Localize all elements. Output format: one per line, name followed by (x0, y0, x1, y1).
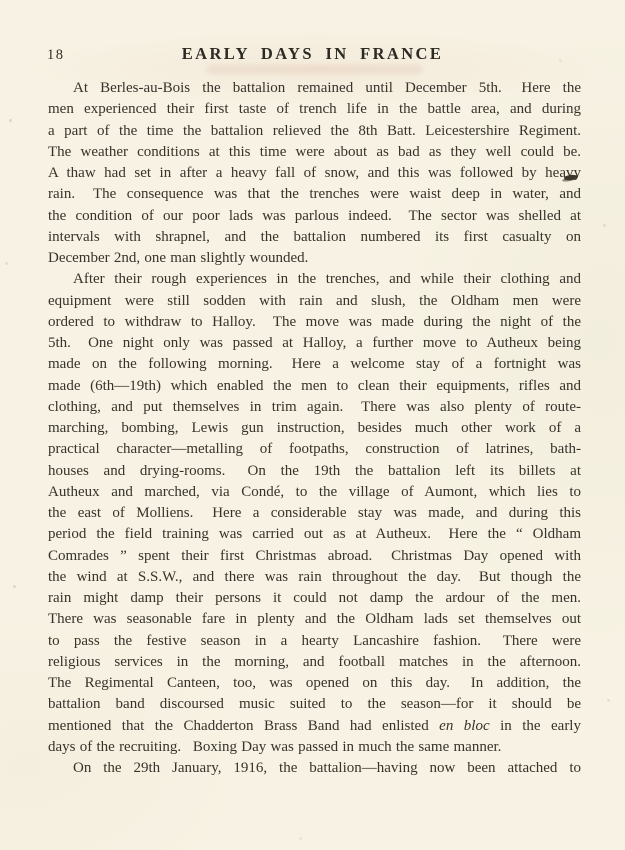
text-segment: marching, bombing, Lewis gun instruction… (48, 420, 581, 436)
text-segment: practical character—metalling of footpat… (48, 441, 581, 457)
text-line: The weather conditions at this time were… (48, 142, 581, 163)
book-page: 18 EARLY DAYS IN FRANCE At Berles-au-Boi… (0, 0, 625, 850)
text-line: intervals with shrapnel, and the battali… (48, 227, 581, 248)
text-segment: the east of Molliens. Here a considerabl… (48, 505, 581, 521)
text-line: the condition of our poor lads was parlo… (48, 206, 581, 227)
text-segment: days of the recruiting. Boxing Day was p… (48, 739, 501, 755)
text-segment: to pass the festive season in a hearty L… (48, 633, 581, 649)
text-line: the east of Molliens. Here a considerabl… (48, 503, 581, 524)
text-segment: religious services in the morning, and f… (48, 654, 581, 670)
text-line: days of the recruiting. Boxing Day was p… (48, 737, 581, 758)
text-line: The Regimental Canteen, too, was opened … (48, 673, 581, 694)
text-line: After their rough experiences in the tre… (48, 269, 581, 290)
page-title: EARLY DAYS IN FRANCE (0, 44, 625, 64)
text-segment: There was seasonable fare in plenty and … (48, 611, 581, 627)
text-line: December 2nd, one man slightly wounded. (48, 248, 581, 269)
text-line: equipment were still sodden with rain an… (48, 291, 581, 312)
text-line: A thaw had set in after a heavy fall of … (48, 163, 581, 184)
text-segment: On the 29th January, 1916, the battalion… (73, 760, 581, 776)
text-line: mentioned that the Chadderton Brass Band… (48, 716, 581, 737)
text-segment: a part of the time the battalion relieve… (48, 123, 581, 139)
text-segment: A thaw had set in after a heavy fall of … (48, 165, 581, 181)
text-segment: equipment were still sodden with rain an… (48, 293, 581, 309)
text-line: men experienced their first taste of tre… (48, 99, 581, 120)
text-segment: mentioned that the Chadderton Brass Band… (48, 718, 439, 734)
text-line: religious services in the morning, and f… (48, 652, 581, 673)
text-segment: ordered to withdraw to Halloy. The move … (48, 314, 581, 330)
text-segment: 5th. One night only was passed at Halloy… (48, 335, 581, 351)
text-line: ordered to withdraw to Halloy. The move … (48, 312, 581, 333)
text-segment: Comrades ” spent their first Christmas a… (48, 548, 581, 564)
text-segment: rain. The consequence was that the trenc… (48, 186, 581, 202)
text-segment: the condition of our poor lads was parlo… (48, 208, 581, 224)
text-line: rain. The consequence was that the trenc… (48, 184, 581, 205)
text-segment: the wind at S.S.W., and there was rain t… (48, 569, 581, 585)
text-line: 5th. One night only was passed at Halloy… (48, 333, 581, 354)
page-header: 18 EARLY DAYS IN FRANCE (0, 44, 625, 66)
text-segment: Autheux and marched, via Condé, to the v… (48, 484, 581, 500)
text-segment: men experienced their first taste of tre… (48, 101, 581, 117)
text-line: On the 29th January, 1916, the battalion… (48, 758, 581, 779)
text-line: period the field training was carried ou… (48, 524, 581, 545)
text-line: made on the following morning. Here a we… (48, 354, 581, 375)
text-segment: December 2nd, one man slightly wounded. (48, 250, 308, 266)
text-line: the wind at S.S.W., and there was rain t… (48, 567, 581, 588)
italic-phrase: en bloc (439, 718, 489, 734)
text-segment: The Regimental Canteen, too, was opened … (48, 675, 581, 691)
text-segment: made on the following morning. Here a we… (48, 356, 581, 372)
text-line: Autheux and marched, via Condé, to the v… (48, 482, 581, 503)
text-line: marching, bombing, Lewis gun instruction… (48, 418, 581, 439)
text-line: a part of the time the battalion relieve… (48, 121, 581, 142)
paragraph: At Berles-au-Bois the battalion remained… (48, 78, 581, 269)
page-body: At Berles-au-Bois the battalion remained… (48, 78, 581, 779)
text-segment: houses and drying-rooms. On the 19th the… (48, 463, 581, 479)
paper-specks (0, 0, 1, 1)
text-line: made (6th—19th) which enabled the men to… (48, 376, 581, 397)
text-segment: After their rough experiences in the tre… (73, 271, 581, 287)
text-segment: in the early (490, 718, 581, 734)
text-segment: At Berles-au-Bois the battalion remained… (73, 80, 581, 96)
text-segment: intervals with shrapnel, and the battali… (48, 229, 581, 245)
text-segment: rain might damp their persons it could n… (48, 590, 581, 606)
paragraph: After their rough experiences in the tre… (48, 269, 581, 758)
text-line: Comrades ” spent their first Christmas a… (48, 546, 581, 567)
text-line: battalion band discoursed music suited t… (48, 694, 581, 715)
text-line: houses and drying-rooms. On the 19th the… (48, 461, 581, 482)
text-line: practical character—metalling of footpat… (48, 439, 581, 460)
text-line: clothing, and put themselves in trim aga… (48, 397, 581, 418)
text-segment: clothing, and put themselves in trim aga… (48, 399, 581, 415)
text-segment: made (6th—19th) which enabled the men to… (48, 378, 581, 394)
text-segment: battalion band discoursed music suited t… (48, 696, 581, 712)
text-line: to pass the festive season in a hearty L… (48, 631, 581, 652)
paragraph: On the 29th January, 1916, the battalion… (48, 758, 581, 779)
text-line: There was seasonable fare in plenty and … (48, 609, 581, 630)
text-line: At Berles-au-Bois the battalion remained… (48, 78, 581, 99)
text-line: rain might damp their persons it could n… (48, 588, 581, 609)
text-segment: period the field training was carried ou… (48, 526, 581, 542)
text-segment: The weather conditions at this time were… (48, 144, 581, 160)
